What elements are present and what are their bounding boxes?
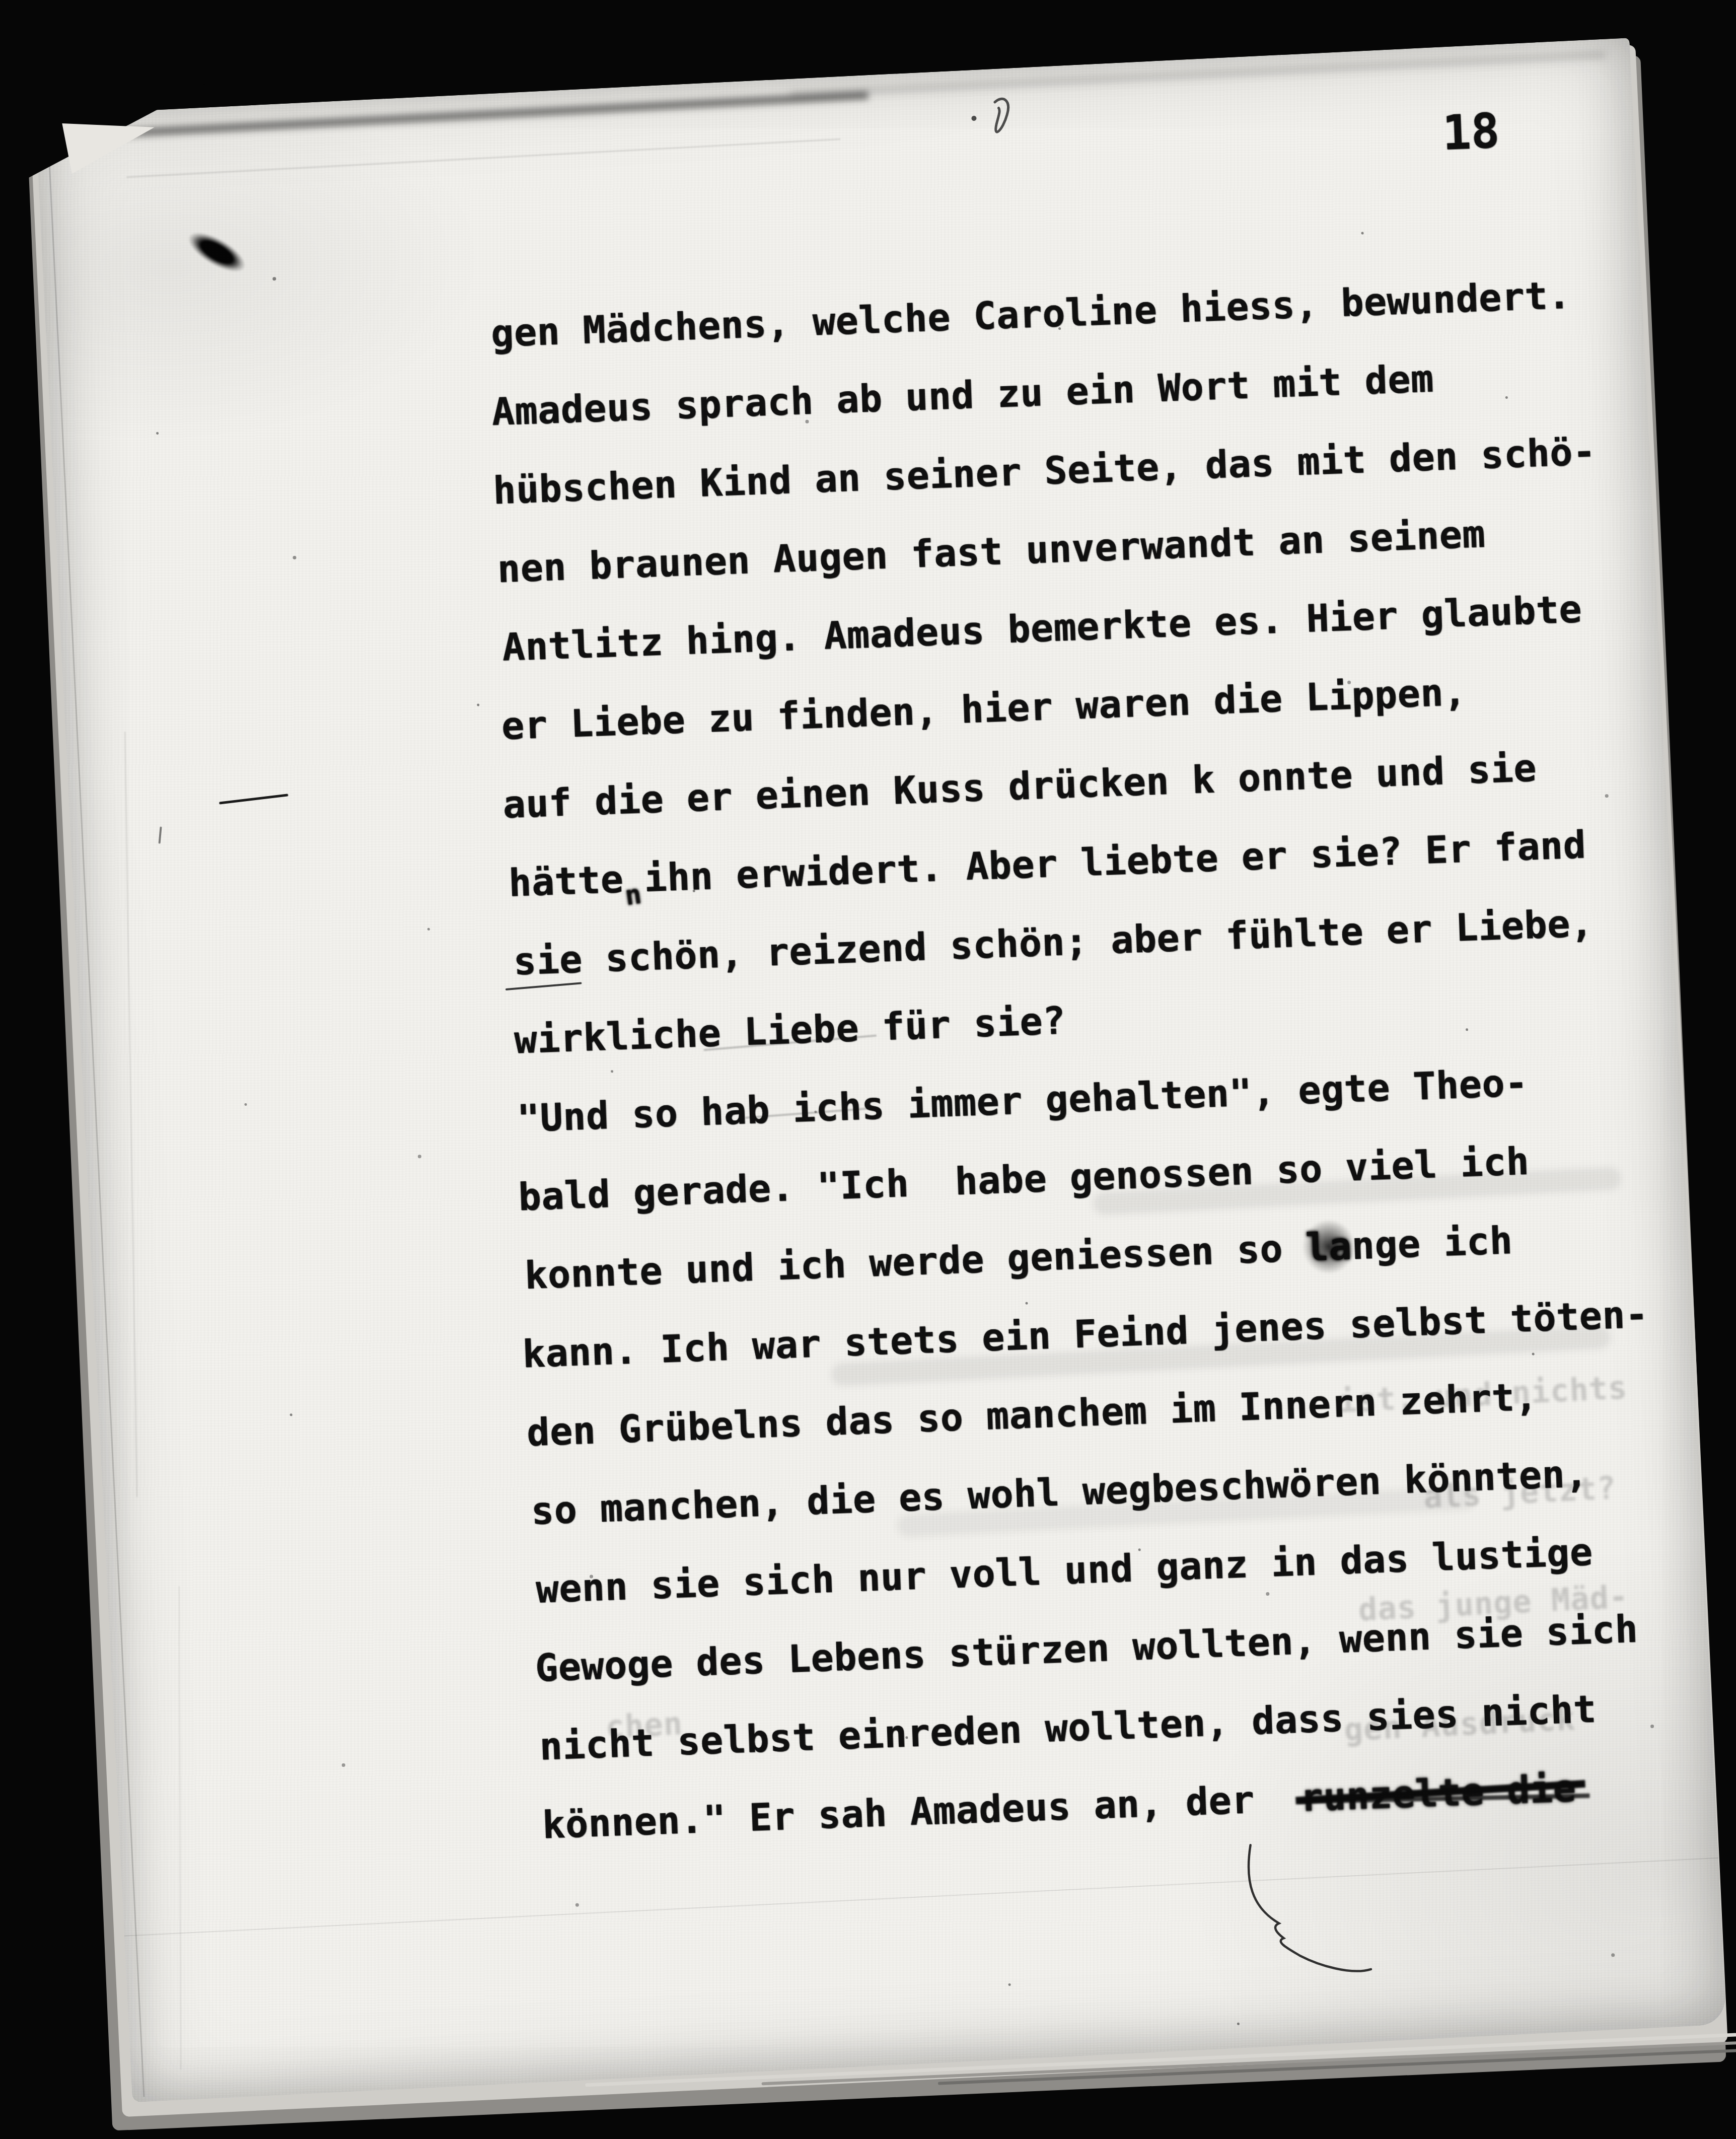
typed-text: konnte und ich werde geniessen so bbox=[524, 1226, 1307, 1298]
typed-text: wirkliche Liebe für sie? bbox=[514, 998, 1066, 1062]
page-number: 18 bbox=[1441, 104, 1500, 161]
scratch-line bbox=[126, 138, 840, 178]
pen-dash-mark bbox=[219, 794, 288, 804]
top-edge-shadow-faint bbox=[790, 52, 1605, 97]
overstruck-text: la bbox=[1305, 1224, 1352, 1269]
typed-text: können." Er sah Amadeus an, der bbox=[542, 1776, 1301, 1847]
bleedthrough-text-layer: ist, und nichtsals jetzt?das junge Mäd-c… bbox=[35, 38, 1629, 116]
typed-text-block: gen Mädchens, welche Caroline hiess, bew… bbox=[487, 254, 1666, 1865]
scanner-background: { "document": { "page_number": "18", "ty… bbox=[0, 0, 1736, 2139]
paper-sheet: ist, und nichtsals jetzt?das junge Mäd-c… bbox=[35, 38, 1726, 2102]
scanned-manuscript-page: ist, und nichtsals jetzt?das junge Mäd-c… bbox=[35, 38, 1726, 2102]
typed-text: hätte bbox=[508, 857, 624, 905]
pen-squiggle-mark bbox=[994, 99, 1009, 132]
crease-line bbox=[179, 1586, 181, 2070]
typed-text: nge ich bbox=[1351, 1218, 1513, 1268]
pen-tick-mark bbox=[159, 826, 162, 843]
pen-zigzag-mark bbox=[1248, 1839, 1371, 1976]
ink-blob-stain bbox=[182, 225, 251, 279]
struck-through-text: runzelte die bbox=[1299, 1766, 1577, 1820]
crease-line bbox=[124, 732, 137, 1497]
crease-line bbox=[124, 1858, 1718, 1937]
pen-dot-mark bbox=[971, 116, 976, 121]
